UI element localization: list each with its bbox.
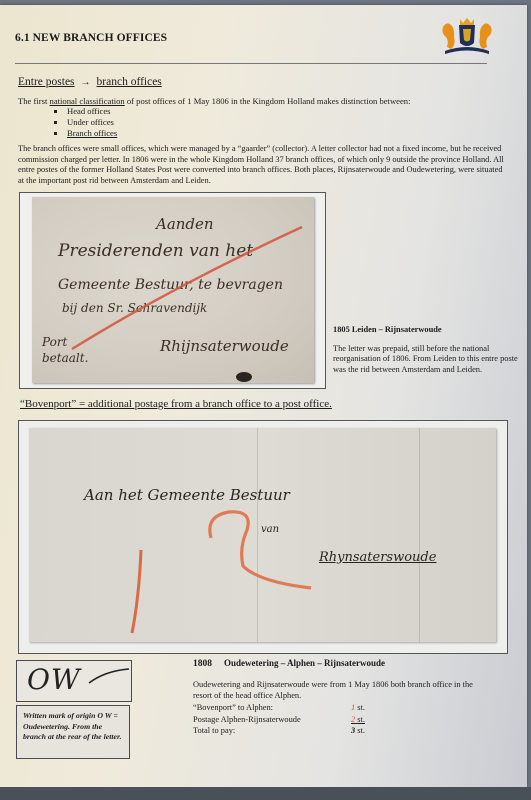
letter-1805-caption: 1805 Leiden – Rijnsaterwoude The letter … (333, 325, 523, 375)
row-value: 1 st. (351, 702, 365, 714)
red-postage-marks-icon (29, 428, 496, 642)
row-amount: 2 (351, 715, 355, 724)
row-value: 3 st. (351, 725, 365, 737)
office-types-list: Head offices Under offices Branch office… (50, 106, 117, 139)
row-label: “Bovenport” to Alphen: (193, 703, 273, 712)
origin-mark-text: OW (27, 663, 81, 696)
table-row: Total to pay: 3 st. (193, 725, 393, 737)
arrow-right-icon: → (81, 77, 91, 88)
section-heading-entre-postes: Entre postes→branch offices (18, 76, 162, 88)
intro-suffix: of post offices of 1 May 1806 in the Kin… (125, 96, 411, 106)
letter-1808-caption-title: 1808Oudewetering – Alphen – Rijnsaterwou… (193, 658, 385, 669)
bullet-branch-offices: Branch offices (67, 128, 117, 138)
list-item: Under offices (50, 117, 117, 128)
national-classification-term: national classification (50, 96, 125, 106)
background-edge (0, 787, 531, 800)
flourish-icon (87, 665, 131, 687)
row-unit: st. (357, 703, 365, 712)
list-item: Branch offices (50, 128, 117, 139)
letter-1805-mount: Aanden Presiderenden van het Gemeente Be… (19, 192, 326, 389)
album-page: 6.1 NEW BRANCH OFFICES Entre postes→bran… (0, 5, 527, 787)
row-amount: 1 (351, 703, 355, 712)
bullet-under-offices: Under offices (67, 117, 114, 127)
origin-mark-image: OW (16, 660, 132, 702)
postage-table: “Bovenport” to Alphen: 1 st. Postage Alp… (193, 702, 393, 737)
intro-paragraph: The first national classification of pos… (18, 96, 508, 106)
table-row: Postage Alphen-Rijnsaterwoude 2 st. (193, 714, 393, 726)
branch-offices-paragraph: The branch offices were small offices, w… (18, 144, 508, 186)
header-divider (15, 63, 487, 64)
row-label: Postage Alphen-Rijnsaterwoude (193, 715, 301, 724)
letter-1808-caption-text: Oudewetering and Rijnsaterwoude were fro… (193, 680, 493, 701)
table-row: “Bovenport” to Alphen: 1 st. (193, 702, 393, 714)
heading-left: Entre postes (18, 76, 75, 88)
letter-1808-mount: Aan het Gemeente Bestuur van Rhynsatersw… (18, 420, 508, 654)
letter-1805-image: Aanden Presiderenden van het Gemeente Be… (32, 197, 314, 383)
intro-prefix: The first (18, 96, 50, 106)
origin-mark-note: Written mark of origin O W = Oudeweterin… (16, 705, 130, 759)
page-title: 6.1 NEW BRANCH OFFICES (15, 32, 167, 44)
red-crayon-stroke-icon (32, 197, 314, 383)
coat-of-arms-icon (437, 13, 497, 55)
letter-1808-image: Aan het Gemeente Bestuur van Rhynsatersw… (29, 428, 496, 642)
caption-route: Oudewetering – Alphen – Rijnsaterwoude (224, 658, 385, 668)
caption-year: 1808 (193, 659, 212, 669)
caption-text: The letter was prepaid, still before the… (333, 344, 518, 374)
row-amount: 3 (351, 726, 355, 735)
heading-right: branch offices (97, 76, 162, 88)
row-label: Total to pay: (193, 726, 235, 735)
caption-title: 1805 Leiden – Rijnsaterwoude (333, 325, 523, 336)
list-item: Head offices (50, 106, 117, 117)
section-heading-bovenport: “Bovenport” = additional postage from a … (20, 398, 332, 410)
bullet-head-offices: Head offices (67, 106, 111, 116)
row-unit: st. (357, 715, 365, 724)
row-unit: st. (357, 726, 365, 735)
row-value: 2 st. (351, 714, 365, 726)
